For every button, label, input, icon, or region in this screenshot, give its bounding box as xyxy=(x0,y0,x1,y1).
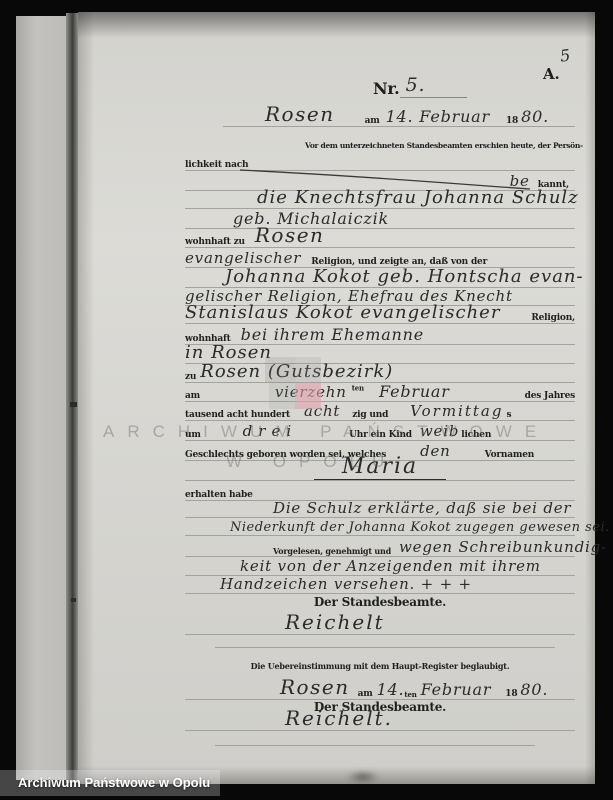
declarant-birthname-line: geb. Michalaiczik xyxy=(185,208,575,229)
closing-script3: Handzeichen versehen. + + + xyxy=(220,575,472,593)
pixelation-artifact-gray xyxy=(295,357,321,383)
birthdate-month: Februar xyxy=(379,382,450,401)
birthyear-line: tausend acht hundert acht zig und Vormit… xyxy=(185,400,575,421)
pixelation-artifact-gray xyxy=(269,383,295,409)
closing-script1: wegen Schreibunkundig- xyxy=(399,538,607,556)
residence3-value: in Rosen xyxy=(185,342,272,363)
blank-rule xyxy=(215,647,555,648)
father-line: Stanislaus Kokot evangelischer Religion, xyxy=(185,303,575,324)
certification-text: Die Uebereinstimmung mit dem Haupt-Regis… xyxy=(251,661,510,671)
witness-line-2: Niederkunft der Johanna Kokot zugegen ge… xyxy=(185,515,575,536)
cert-year-printed: 18 xyxy=(505,689,517,699)
cert-year-script: 80. xyxy=(520,680,548,699)
intro-line-1: Vor dem unterzeichneten Standesbeamten e… xyxy=(185,130,575,150)
year2-printed: zig und xyxy=(352,410,388,420)
declarant-line: die Knechtsfrau Johanna Schulz xyxy=(185,188,575,209)
cert-month: Februar xyxy=(421,680,492,699)
register-page: A. 5 Nr. 5. Rosen am 14. Februar 18 80. … xyxy=(78,12,595,784)
daytime-printed: s xyxy=(506,410,511,420)
watermark-archive-line2: W OPOLU xyxy=(226,452,397,472)
place-name: Rosen xyxy=(265,102,335,126)
father-name: Stanislaus Kokot evangelischer xyxy=(185,302,500,323)
witness2-text: Niederkunft der Johanna Kokot zugegen ge… xyxy=(230,520,610,535)
birthdate-ten: ten xyxy=(352,384,364,393)
pixelation-artifact-gray xyxy=(265,357,295,383)
binding-stitch xyxy=(70,402,77,407)
year-script: 80. xyxy=(521,107,549,126)
header-date-line: Rosen am 14. Februar 18 80. xyxy=(223,98,575,127)
page-number-annotation: 5 xyxy=(559,45,573,65)
certification-line: Die Uebereinstimmung mit dem Haupt-Regis… xyxy=(185,657,575,671)
cert-day: 14. xyxy=(377,680,405,699)
header-date: 14. Februar xyxy=(386,107,490,126)
declarant-name: die Knechtsfrau Johanna Schulz xyxy=(257,187,579,208)
residence-line: wohnhaft zu Rosen xyxy=(185,227,575,248)
intro-text: Vor dem unterzeichneten Standesbeamten e… xyxy=(305,141,583,150)
blank-rule xyxy=(215,745,535,746)
form-letter: A. xyxy=(543,65,559,83)
record-number-line: Nr. 5. xyxy=(373,74,467,98)
closing-line-3: Handzeichen versehen. + + + xyxy=(185,573,575,594)
birthdate-line: am vierzehn ten Februar des Jahres xyxy=(185,381,575,402)
registrar-signature-line: Reichelt xyxy=(185,612,575,635)
registrar-signature: Reichelt xyxy=(285,610,385,634)
registrar2-signature: Reichelt. xyxy=(285,706,393,730)
binding-stitch xyxy=(71,598,76,602)
birthplace-line: zu Rosen (Gutsbezirk) xyxy=(185,362,575,383)
am-label: am xyxy=(365,116,380,126)
certification-date-line: Rosen am 14. ten Februar 18 80. xyxy=(185,673,575,700)
facing-page-edge xyxy=(16,16,66,780)
mother-name: Johanna Kokot geb. Hontscha evan- xyxy=(225,266,584,287)
archival-scan-photo: A. 5 Nr. 5. Rosen am 14. Februar 18 80. … xyxy=(0,0,613,800)
book-gutter-fold xyxy=(66,13,78,783)
father-religion-printed: Religion, xyxy=(531,313,575,323)
nr-value: 5. xyxy=(400,74,468,98)
pixelation-artifact-pink xyxy=(295,383,321,409)
registrar-label-line: Der Standesbeamte. xyxy=(185,593,575,609)
closing-line-1: Vorgelesen, genehmigt und wegen Schreibu… xyxy=(185,536,575,557)
cert-place: Rosen xyxy=(280,675,350,699)
nr-label: Nr. xyxy=(373,79,400,98)
cert-am: am xyxy=(358,689,373,699)
daytime-script: Vormittag xyxy=(410,402,503,420)
residence-value: Rosen xyxy=(255,223,325,247)
ink-smudge xyxy=(346,770,380,784)
registrar2-signature-line: Reichelt. xyxy=(185,712,575,731)
watermark-footer-bar: Archiwum Państwowe w Opolu xyxy=(0,770,220,796)
year1-printed: tausend acht hundert xyxy=(185,410,290,420)
religion-script: evangelischer xyxy=(185,249,301,267)
year-printed: 18 xyxy=(506,116,518,126)
cert-ten: ten xyxy=(404,690,416,699)
residence-label: wohnhaft zu xyxy=(185,237,245,247)
watermark-archive-line1: ARCHIWUM PAŃSTWOWE xyxy=(103,422,549,442)
religion-line: evangelischer Religion, und zeigte an, d… xyxy=(185,247,575,268)
registrar-label: Der Standesbeamte. xyxy=(314,595,446,609)
